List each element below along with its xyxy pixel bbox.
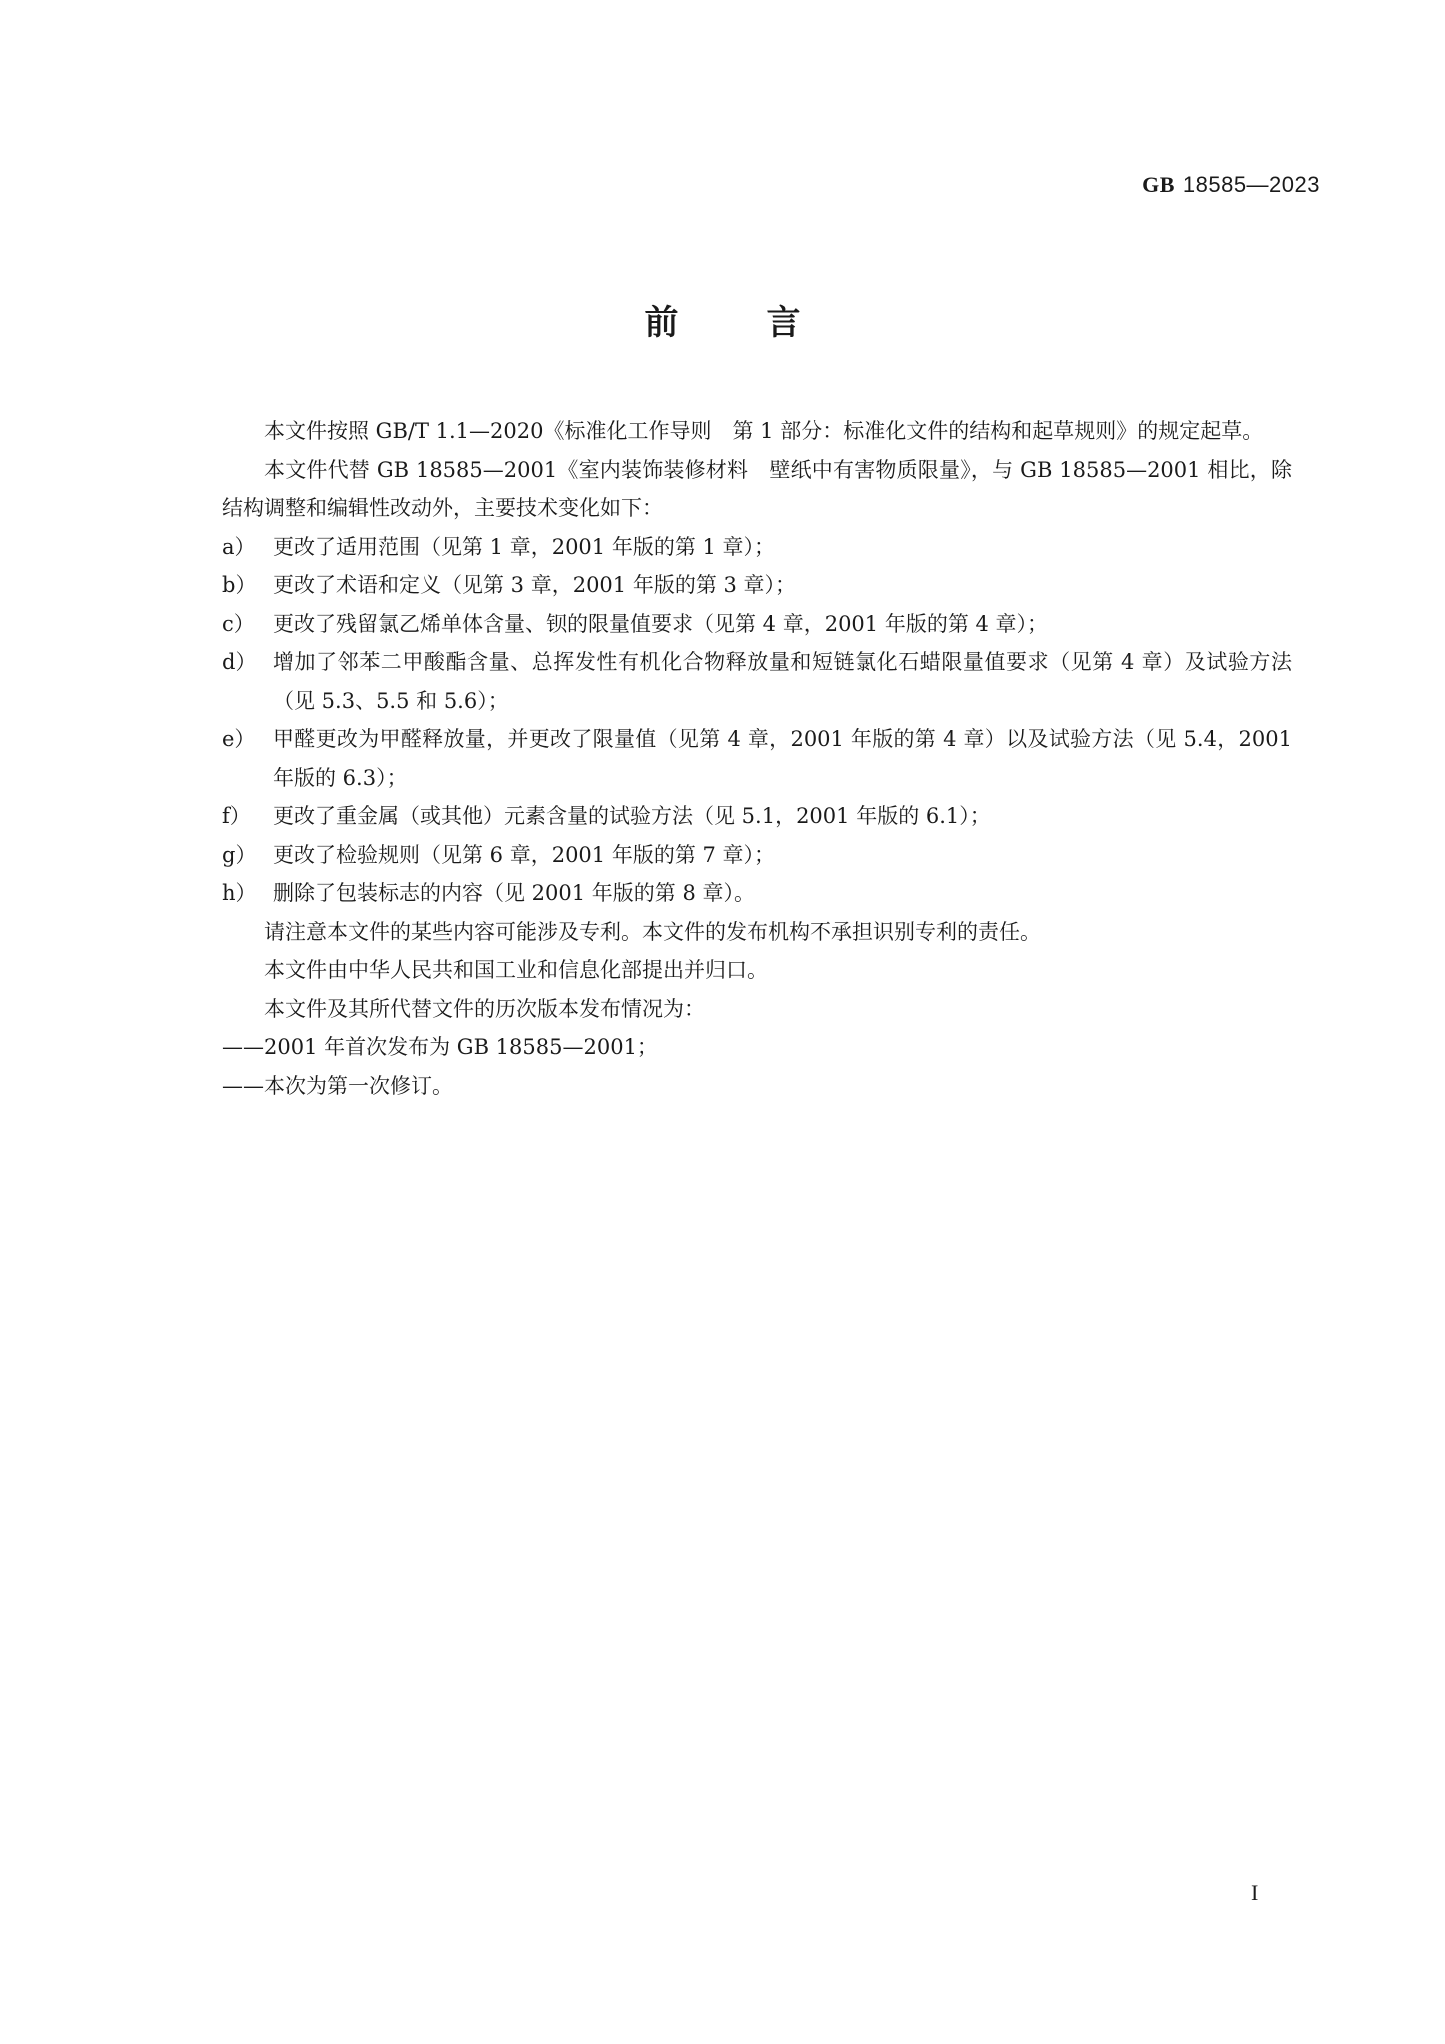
history-intro: 本文件及其所代替文件的历次版本发布情况为： (222, 990, 1292, 1029)
list-item: g） 更改了检验规则（见第 6 章，2001 年版的第 7 章）； (222, 836, 1292, 875)
standard-prefix: GB (1142, 172, 1175, 197)
list-item-label: c） (222, 605, 273, 644)
list-item-text: 更改了残留氯乙烯单体含量、钡的限量值要求（见第 4 章，2001 年版的第 4 … (273, 605, 1292, 644)
list-item: h） 删除了包装标志的内容（见 2001 年版的第 8 章）。 (222, 874, 1292, 913)
list-item-text: 更改了检验规则（见第 6 章，2001 年版的第 7 章）； (273, 836, 1292, 875)
list-item: a） 更改了适用范围（见第 1 章，2001 年版的第 1 章）； (222, 528, 1292, 567)
list-item-text: 更改了重金属（或其他）元素含量的试验方法（见 5.1，2001 年版的 6.1）… (273, 797, 1292, 836)
list-item-text: 删除了包装标志的内容（见 2001 年版的第 8 章）。 (273, 874, 1292, 913)
list-item-text: 更改了适用范围（见第 1 章，2001 年版的第 1 章）； (273, 528, 1292, 567)
patent-notice: 请注意本文件的某些内容可能涉及专利。本文件的发布机构不承担识别专利的责任。 (222, 913, 1292, 952)
standard-code: 18585—2023 (1183, 172, 1320, 197)
list-item-label: h） (222, 874, 273, 913)
page-number: I (1251, 1880, 1258, 1906)
replacement-paragraph: 本文件代替 GB 18585—2001《室内装饰装修材料 壁纸中有害物质限量》，… (222, 451, 1292, 528)
history-list: ——2001 年首次发布为 GB 18585—2001； ——本次为第一次修订。 (222, 1028, 1292, 1105)
list-item-label: f） (222, 797, 273, 836)
list-item-label: b） (222, 566, 273, 605)
title-char-2: 言 (767, 303, 801, 343)
changes-list: a） 更改了适用范围（见第 1 章，2001 年版的第 1 章）； b） 更改了… (222, 528, 1292, 913)
foreword-body: 本文件按照 GB/T 1.1—2020《标准化工作导则 第 1 部分：标准化文件… (222, 412, 1292, 1105)
list-item-label: g） (222, 836, 273, 875)
list-item-label: a） (222, 528, 273, 567)
drafting-rules-paragraph: 本文件按照 GB/T 1.1—2020《标准化工作导则 第 1 部分：标准化文件… (222, 412, 1292, 451)
list-item: c） 更改了残留氯乙烯单体含量、钡的限量值要求（见第 4 章，2001 年版的第… (222, 605, 1292, 644)
proposer-notice: 本文件由中华人民共和国工业和信息化部提出并归口。 (222, 951, 1292, 990)
list-item: e） 甲醛更改为甲醛释放量，并更改了限量值（见第 4 章，2001 年版的第 4… (222, 720, 1292, 797)
history-item: ——本次为第一次修订。 (222, 1067, 1292, 1106)
list-item: b） 更改了术语和定义（见第 3 章，2001 年版的第 3 章）； (222, 566, 1292, 605)
list-item: f） 更改了重金属（或其他）元素含量的试验方法（见 5.1，2001 年版的 6… (222, 797, 1292, 836)
page-title: 前言 (0, 295, 1445, 344)
title-char-1: 前 (645, 303, 679, 343)
list-item-text: 甲醛更改为甲醛释放量，并更改了限量值（见第 4 章，2001 年版的第 4 章）… (273, 720, 1292, 797)
standard-number: GB18585—2023 (1142, 172, 1320, 198)
list-item-label: e） (222, 720, 273, 797)
history-item: ——2001 年首次发布为 GB 18585—2001； (222, 1028, 1292, 1067)
list-item-text: 增加了邻苯二甲酸酯含量、总挥发性有机化合物释放量和短链氯化石蜡限量值要求（见第 … (273, 643, 1292, 720)
list-item-label: d） (222, 643, 273, 720)
list-item-text: 更改了术语和定义（见第 3 章，2001 年版的第 3 章）； (273, 566, 1292, 605)
list-item: d） 增加了邻苯二甲酸酯含量、总挥发性有机化合物释放量和短链氯化石蜡限量值要求（… (222, 643, 1292, 720)
